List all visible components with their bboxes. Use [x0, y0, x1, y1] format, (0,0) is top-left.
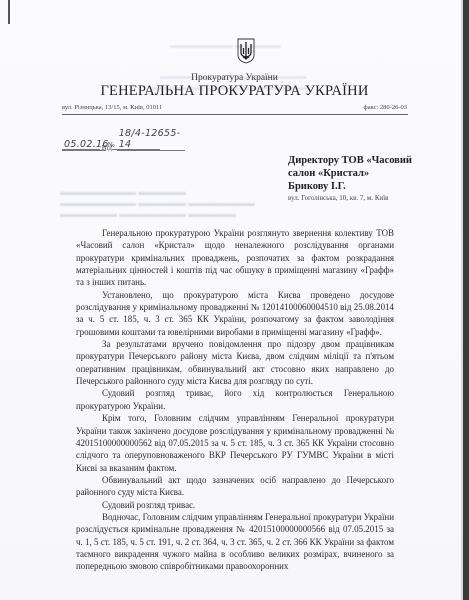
letter-body: Генеральною прокуратурою України розглян…	[76, 227, 394, 573]
body-paragraph: За результатами вручено повідомлення про…	[76, 338, 394, 387]
reference-line: Від	[62, 142, 160, 152]
letterhead-divider	[62, 114, 408, 115]
blank-field	[112, 142, 160, 150]
recipient-block: Директору ТОВ «Часовий салон «Кристал» Б…	[288, 154, 458, 203]
recipient-title: Директору ТОВ «Часовий	[288, 154, 458, 167]
body-paragraph: Генеральною прокуратурою України розглян…	[76, 227, 394, 289]
org-address: вул. Різницька, 13/15, м. Київ, 01011	[62, 104, 162, 111]
recipient-company: салон «Кристал»	[288, 167, 458, 180]
bleed-through-text-left: ▬▬▬▬▬▬▬▬ ▬▬▬▬▬ ▬▬▬▬▬▬▬▬ ▬▬▬▬▬ ▬▬▬▬▬▬▬ ▬▬…	[60, 188, 300, 221]
body-paragraph: Водночас, Головним слідчим управлінням Г…	[76, 511, 394, 573]
scan-edge-mark	[8, 0, 10, 24]
org-subtitle: Прокуратура України	[0, 73, 469, 83]
body-paragraph: Крім того, Головним слідчим управлінням …	[76, 412, 394, 474]
recipient-name: Брикову І.Г.	[288, 180, 458, 193]
org-title: ГЕНЕРАЛЬНА ПРОКУРАТУРА УКРАЇНИ	[0, 83, 469, 100]
vid-label: Від	[102, 144, 112, 152]
body-paragraph: Судовий розгляд триває.	[76, 499, 394, 511]
scanned-letter-page: ▬▬▬▬▬▬▬ ▬▬▬▬▬ ▬▬▬▬▬▬▬▬ ▬▬▬▬▬▬▬▬ ▬▬▬▬▬▬ ▬…	[0, 0, 469, 600]
recipient-address: вул. Гоголівська, 10, кв. 7, м. Київ	[288, 193, 458, 203]
body-paragraph: Судовий розгляд триває, його хід контрол…	[76, 387, 394, 412]
body-paragraph: Обвинувальний акт щодо зазначених осіб н…	[76, 474, 394, 499]
trident-coat-of-arms-icon	[237, 38, 255, 64]
body-paragraph: Установлено, що прокуратурою міста Києва…	[76, 289, 394, 338]
org-fax: факс: 280-26-03	[364, 104, 408, 111]
blank-field	[62, 142, 100, 150]
